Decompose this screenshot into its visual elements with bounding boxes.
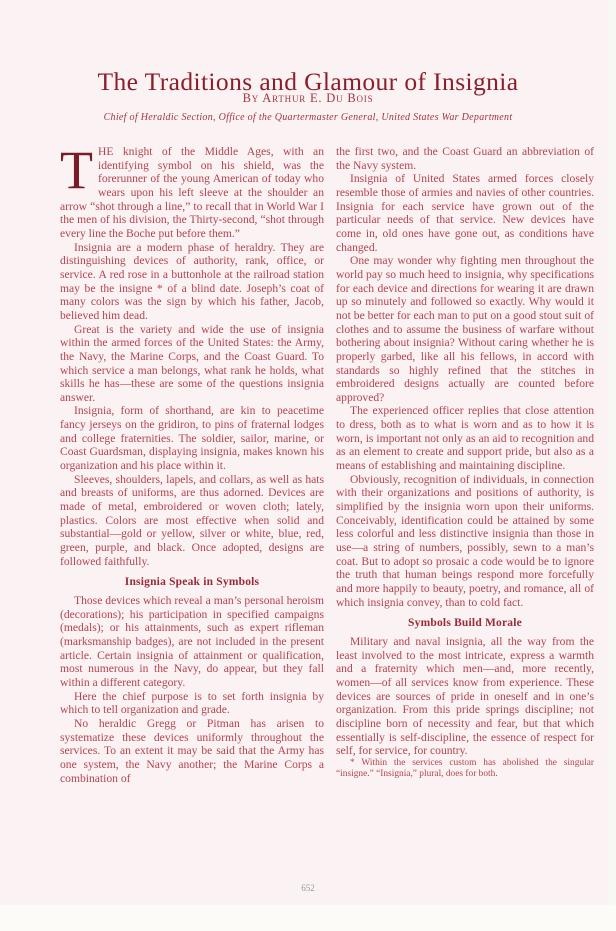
- paragraph: Insignia, form of shorthand, are kin to …: [60, 404, 324, 472]
- page-bottom-margin: [0, 905, 616, 931]
- section-heading: Symbols Build Morale: [336, 617, 594, 631]
- paragraph: THE knight of the Middle Ages, with an i…: [60, 145, 324, 241]
- paragraph: Insignia of United States armed forces c…: [336, 172, 594, 254]
- paragraph: Those devices which reveal a man’s perso…: [60, 594, 324, 690]
- author-affiliation: Chief of Heraldic Section, Office of the…: [0, 112, 616, 123]
- paragraph: Sleeves, shoulders, lapels, and collars,…: [60, 473, 324, 569]
- document-page: The Traditions and Glamour of Insignia B…: [0, 0, 616, 931]
- paragraph: the first two, and the Coast Guard an ab…: [336, 145, 594, 172]
- page-number: 652: [0, 883, 616, 893]
- paragraph: One may wonder why fighting men througho…: [336, 254, 594, 404]
- paragraph: Military and naval insignia, all the way…: [336, 635, 594, 758]
- paragraph: Here the chief purpose is to set forth i…: [60, 690, 324, 717]
- paragraph: Insignia are a modern phase of heraldry.…: [60, 241, 324, 323]
- page-edge: [608, 0, 616, 931]
- article-byline: By Arthur E. Du Bois: [0, 91, 616, 106]
- paragraph: Great is the variety and wide the use of…: [60, 323, 324, 405]
- paragraph: The experienced officer replies that clo…: [336, 404, 594, 472]
- drop-cap: T: [60, 146, 93, 192]
- paragraph: No heraldic Gregg or Pitman has arisen t…: [60, 717, 324, 785]
- section-heading: Insignia Speak in Symbols: [60, 576, 324, 590]
- paragraph: Obviously, recognition of individuals, i…: [336, 473, 594, 610]
- footnote: * Within the services custom has abolish…: [336, 758, 594, 781]
- left-column: THE knight of the Middle Ages, with an i…: [60, 145, 324, 785]
- right-column: the first two, and the Coast Guard an ab…: [336, 145, 594, 781]
